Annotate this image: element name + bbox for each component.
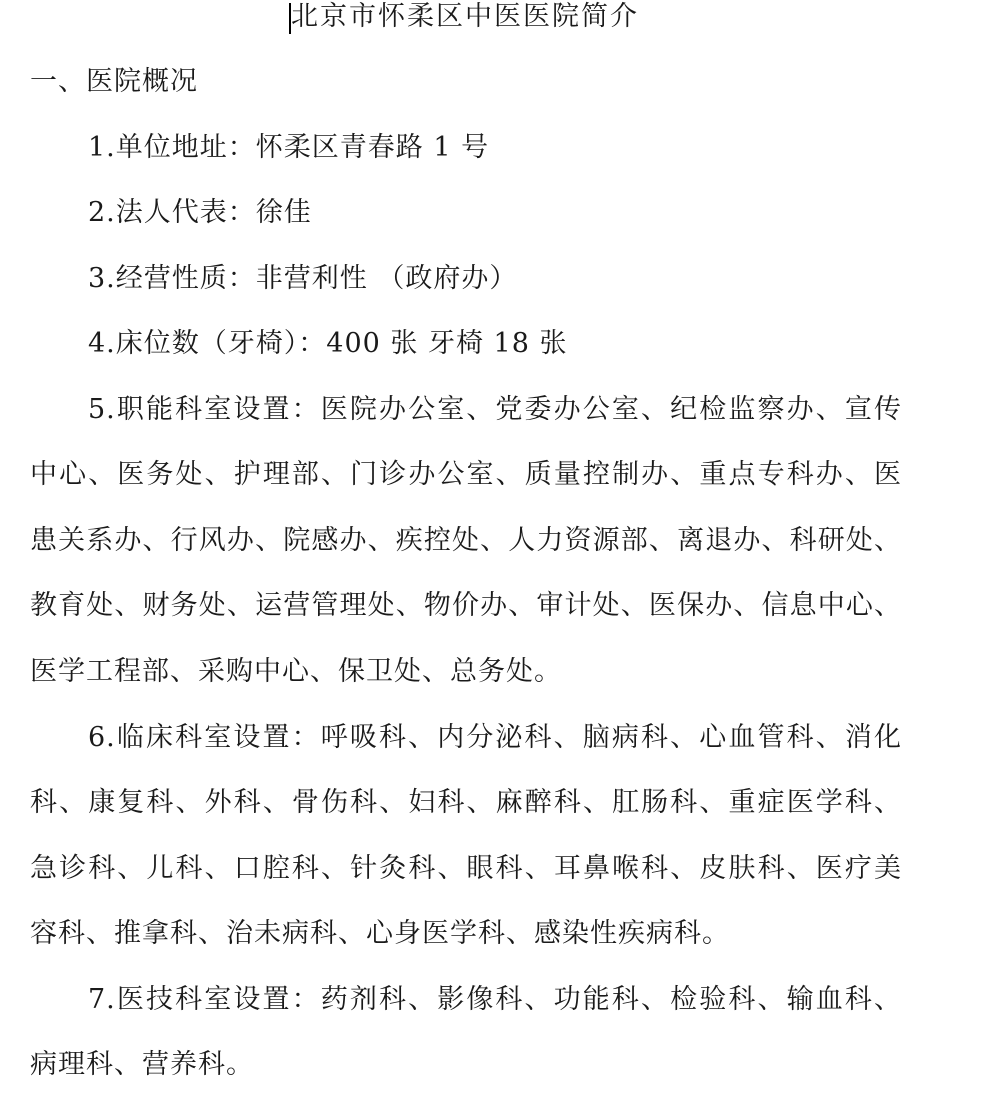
- document-title[interactable]: 北京市怀柔区中医医院简介: [291, 0, 639, 34]
- nature-item: 3.经营性质：非营利性 （政府办）: [88, 262, 517, 296]
- paragraph-line: 5.职能科室设置：医院办公室、党委办公室、纪检监察办、宣传: [88, 393, 902, 427]
- legal-rep-item: 2.法人代表：徐佳: [88, 196, 312, 230]
- paragraph-line: 容科、推拿科、治未病科、心身医学科、感染性疾病科。: [30, 917, 730, 951]
- beds-item: 4.床位数（牙椅）：400 张 牙椅 18 张: [88, 327, 567, 361]
- section-heading: 一、医院概况: [30, 65, 198, 99]
- paragraph-line: 病理科、营养科。: [30, 1048, 254, 1082]
- paragraph-line: 患关系办、行风办、院感办、疾控处、人力资源部、离退办、科研处、: [30, 524, 902, 558]
- address-item: 1.单位地址：怀柔区青春路 1 号: [88, 131, 489, 165]
- paragraph-line: 6.临床科室设置：呼吸科、内分泌科、脑病科、心血管科、消化: [88, 721, 902, 755]
- paragraph-line: 中心、医务处、护理部、门诊办公室、质量控制办、重点专科办、医: [30, 458, 902, 492]
- paragraph-line: 医学工程部、采购中心、保卫处、总务处。: [30, 655, 562, 689]
- paragraph-line: 科、康复科、外科、骨伤科、妇科、麻醉科、肛肠科、重症医学科、: [30, 786, 902, 820]
- paragraph-line: 教育处、财务处、运营管理处、物价办、审计处、医保办、信息中心、: [30, 589, 902, 623]
- paragraph-line: 急诊科、儿科、口腔科、针灸科、眼科、耳鼻喉科、皮肤科、医疗美: [30, 852, 902, 886]
- paragraph-line: 7.医技科室设置：药剂科、影像科、功能科、检验科、输血科、: [88, 983, 902, 1017]
